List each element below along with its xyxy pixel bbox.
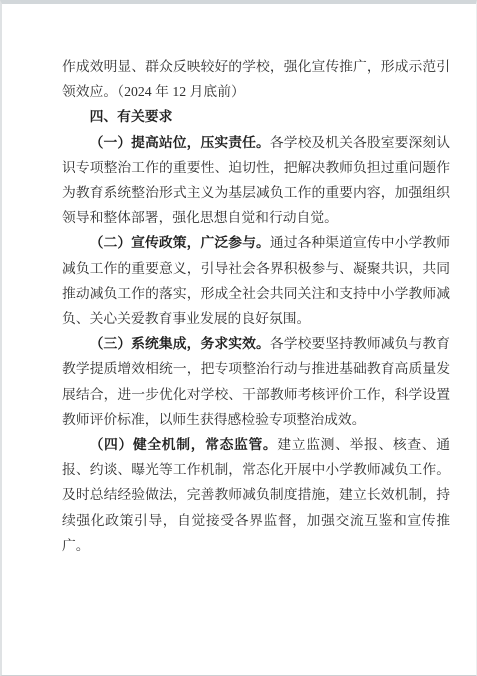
document-page: 作成效明显、群众反映较好的学校，强化宣传推广，形成示范引领效应。（2024 年 … [0,0,477,676]
paragraph-3: （三）系统集成，务求实效。各学校要坚持教师减负与教育教学提质增效相统一，把专项整… [62,331,450,432]
paragraph-continuation: 作成效明显、群众反映较好的学校，强化宣传推广，形成示范引领效应。（2024 年 … [62,54,450,104]
text-block: 作成效明显、群众反映较好的学校，强化宣传推广，形成示范引领效应。（2024 年 … [62,54,450,558]
paragraph-4-body: 建立监测、举报、核查、通报、约谈、曝光等工作机制，常态化开展中小学教师减负工作。… [62,437,450,553]
paragraph-continuation-text: 作成效明显、群众反映较好的学校，强化宣传推广，形成示范引领效应。（2024 年 … [62,59,450,99]
section-heading: 四、有关要求 [62,104,450,129]
paragraph-1-lead: （一）提高站位，压实责任。 [90,135,270,150]
paragraph-3-lead: （三）系统集成，务求实效。 [90,336,270,351]
paragraph-2: （二）宣传政策，广泛参与。通过各种渠道宣传中小学教师减负工作的重要意义，引导社会… [62,230,450,331]
paragraph-4-lead: （四）健全机制，常态监管。 [90,437,278,452]
paragraph-1: （一）提高站位，压实责任。各学校及机关各股室要深刻认识专项整治工作的重要性、迫切… [62,130,450,231]
paragraph-2-lead: （二）宣传政策，广泛参与。 [90,235,270,250]
paragraph-4: （四）健全机制，常态监管。建立监测、举报、核查、通报、约谈、曝光等工作机制，常态… [62,432,450,558]
